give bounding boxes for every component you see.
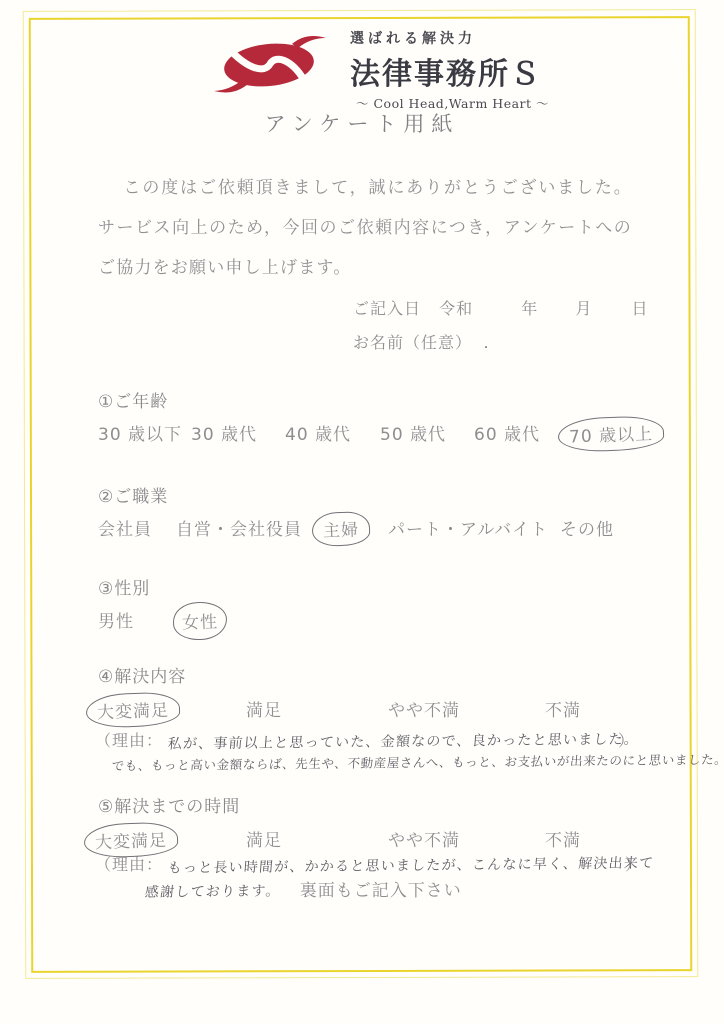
q5-reason-suffix: ） [625,852,642,875]
option-content-satisfied: 満足 [246,696,282,721]
q1-age-heading: ①ご年齢 [98,387,168,412]
survey-scan-page: 選ばれる解決力 法律事務所Ｓ ～ Cool Head,Warm Heart ～ … [0,0,724,1024]
option-age-40s: 40 歳代 [285,420,351,445]
option-gender-male: 男性 [98,607,134,632]
entry-era-label: 令和 [439,299,473,318]
s-swirl-logo-icon [208,28,340,100]
q5-reason-handwriting-2: 感謝しております。 [144,880,281,901]
option-job-housewife-circled: 主婦 [311,511,370,547]
q5-reason-line1: （理由： もっと長い時間が、かかると思いましたが、こんなに早く、解決出来て [95,852,654,875]
page-title: アンケート用紙 [0,108,724,138]
q3-gender-heading: ③性別 [98,574,150,599]
option-job-other: その他 [560,515,614,540]
back-side-note: 裏面もご記入下さい [300,881,462,901]
option-content-dissatisfied: 不満 [545,696,581,721]
intro-paragraph: この度はご依頼頂きまして，誠にありがとうございました。サービス向上のため，今回の… [98,168,632,288]
q4-reason-prefix: （理由： [95,731,163,750]
entry-name-row: お名前（任意） . [353,330,490,353]
entry-date-row: ご記入日 令和 年 月 日 [353,296,648,319]
q4-reason-line1: （理由： 私が、事前以上と思っていた、金額なので、良かったと思いました。 [95,728,639,751]
q5-time-heading: ⑤解決までの時間 [98,792,240,817]
option-job-part-time: パート・アルバイト [388,515,548,540]
option-age-60s: 60 歳代 [474,420,540,445]
q5-reason-prefix: （理由： [95,855,163,874]
q2-job-heading: ②ご職業 [98,482,168,507]
option-age-30s: 30 歳代 [191,420,257,445]
option-time-dissatisfied: 不満 [545,826,581,851]
handwritten-dot: . [483,336,490,352]
option-job-self-employed: 自営・会社役員 [176,515,302,540]
firm-logo-text: 選ばれる解決力 法律事務所Ｓ ～ Cool Head,Warm Heart ～ [350,28,549,112]
option-time-somewhat-dissatisfied: やや不満 [388,826,460,851]
entry-date-label: ご記入日 [353,299,421,318]
entry-year-label: 年 [521,299,538,318]
option-time-satisfied: 満足 [246,826,282,851]
entry-month-label: 月 [575,299,592,318]
option-job-company-employee: 会社員 [98,515,152,540]
firm-name: 法律事務所Ｓ [350,49,549,93]
q5-reason-handwriting-1: もっと長い時間が、かかると思いましたが、こんなに早く、解決出来て [167,852,655,877]
q4-reason-suffix: ） [618,728,635,751]
firm-logo-mark [208,28,340,100]
q4-content-heading: ④解決内容 [98,662,186,687]
q5-reason-line2: 感謝しております。 裏面もご記入下さい [145,876,462,901]
firm-tagline: 選ばれる解決力 [350,28,549,48]
option-content-somewhat-dissatisfied: やや不満 [388,696,460,721]
q4-reason-handwriting-2: でも、もっと高い金額ならば、先生や、不動産屋さんへ、もっと、お支払いが出来たのに… [111,750,724,774]
option-age-under-30: 30 歳以下 [98,420,182,445]
q4-reason-line2: でも、もっと高い金額ならば、先生や、不動産屋さんへ、もっと、お支払いが出来たのに… [112,752,724,771]
entry-day-label: 日 [631,299,648,318]
option-age-50s: 50 歳代 [380,420,446,445]
q4-reason-handwriting-1: 私が、事前以上と思っていた、金額なので、良かったと思いました。 [167,729,640,754]
entry-name-label: お名前（任意） [353,333,472,352]
